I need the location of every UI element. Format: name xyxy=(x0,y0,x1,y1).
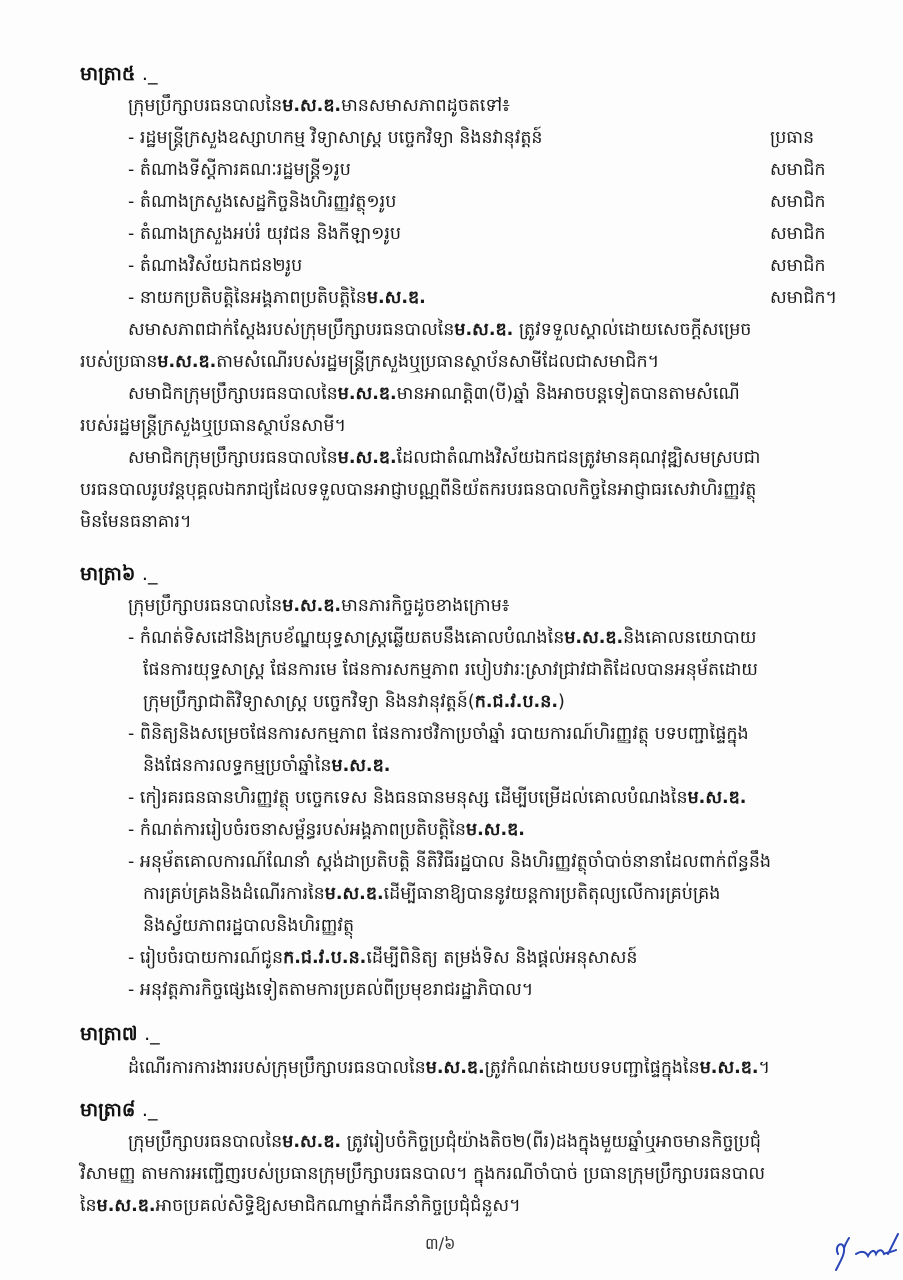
abbreviation: ក.ជ.វ.ប.ន. xyxy=(475,692,558,712)
member-row-name: - នាយកប្រតិបត្តិនៃអង្គភាពប្រតិបត្តិនៃម.ស… xyxy=(128,282,426,314)
abbreviation: ម.ស.ឌ. xyxy=(688,788,747,808)
abbreviation: ម.ស.ឌ. xyxy=(466,820,525,840)
abbreviation: ក.ជ.វ.ប.ន. xyxy=(283,948,366,968)
text: ការគ្រប់គ្រងនិងដំណើរការនៃ xyxy=(143,884,325,904)
member-row-name: - តំណាងទីស្ដីការគណៈរដ្ឋមន្ត្រី១រូប xyxy=(128,154,351,186)
text: នៃ xyxy=(80,1196,97,1216)
text: ក្រុមប្រឹក្សាបរធនបាលនៃ xyxy=(128,1132,282,1152)
paragraph-line: សមាជិកក្រុមប្រឹក្សាបរធនបាលនៃម.ស.ឌ.មានអាណ… xyxy=(128,378,740,410)
text: តាមសំណើរបស់រដ្ឋមន្ត្រីក្រសួងឬប្រធានស្ថាប… xyxy=(216,352,659,372)
paragraph-line: វិសាមញ្ញ តាមការអញ្ជើញរបស់ប្រធានក្រុមប្រឹ… xyxy=(80,1158,765,1190)
heading-suffix: ._ xyxy=(142,563,158,585)
text: ដើម្បីធានាឱ្យបាននូវយន្តការប្រតិតុល្យលើកា… xyxy=(384,884,721,904)
member-row-name: - តំណាងក្រសួងអប់រំ យុវជន និងកីឡា១រូប xyxy=(128,218,401,250)
paragraph-line: មិនមែនធនាគារ។ xyxy=(80,506,192,538)
text: ) xyxy=(558,692,565,712)
heading-text: មាត្រា៧ xyxy=(80,1023,137,1045)
text: - កៀរគរធនធានហិរញ្ញវត្ថុ បច្ចេកទេស និងធនធ… xyxy=(128,788,688,808)
member-row-name: - តំណាងវិស័យឯកជន២រូប xyxy=(128,250,302,282)
duty-item-continuation: ក្រុមប្រឹក្សាជាតិវិទ្យាសាស្ត្រ បច្ចេកវិទ… xyxy=(143,686,565,718)
abbreviation: ម.ស.ឌ. xyxy=(282,1132,341,1152)
member-row-role: សមាជិក។ xyxy=(770,282,837,314)
abbreviation: ម.ស.ឌ. xyxy=(338,448,397,468)
duty-item: - កំណត់ទិសដៅនិងក្របខ័ណ្ឌយុទ្ធសាស្ត្រឆ្លើ… xyxy=(128,622,756,654)
duty-item-continuation: និងផែនការលទ្ធកម្មប្រចាំឆ្នាំនៃម.ស.ឌ. xyxy=(143,750,390,782)
text: សមាជិកក្រុមប្រឹក្សាបរធនបាលនៃ xyxy=(128,448,338,468)
heading-suffix: ._ xyxy=(142,1099,158,1121)
duty-item: - កៀរគរធនធានហិរញ្ញវត្ថុ បច្ចេកទេស និងធនធ… xyxy=(128,782,746,814)
paragraph-line: នៃម.ស.ឌ.អាចប្រគល់សិទ្ធិឱ្យសមាជិកណាម្នាក់… xyxy=(80,1190,521,1222)
text: ក្រុមប្រឹក្សាជាតិវិទ្យាសាស្ត្រ បច្ចេកវិទ… xyxy=(143,692,475,712)
text: ដើម្បីពិនិត្យ តម្រង់ទិស និងផ្ដល់អនុសាសន៍ xyxy=(366,948,637,968)
text: មានភារកិច្ចដូចខាងក្រោម៖ xyxy=(341,596,509,616)
abbreviation: ម.ស.ឌ. xyxy=(282,596,341,616)
abbreviation: ម.ស.ឌ. xyxy=(157,352,216,372)
member-row-role: សមាជិក xyxy=(770,250,826,282)
article-6-heading: មាត្រា៦ ._ xyxy=(80,558,157,590)
text: និងគោលនយោបាយ xyxy=(623,628,756,648)
text: ត្រូវទទួលស្គាល់ដោយសេចក្ដីសម្រេច xyxy=(513,320,751,340)
paragraph-line: បរធនបាលរូបវន្តបុគ្គលឯករាជ្យដែលទទួលបានអាជ… xyxy=(80,474,756,506)
duty-item: - អនុម័តគោលការណ៍ណែនាំ ស្តង់ដាប្រតិបត្តិ … xyxy=(128,846,771,878)
text: ក្រុមប្រឹក្សាបរធនបាលនៃ xyxy=(128,596,282,616)
heading-suffix: ._ xyxy=(144,1023,160,1045)
member-row-role: សមាជិក xyxy=(770,186,826,218)
abbreviation: ម.ស.ឌ. xyxy=(564,628,623,648)
duty-item: - អនុវត្តភារកិច្ចផ្សេងទៀតតាមការប្រគល់ពីប… xyxy=(128,974,533,1006)
text: - នាយកប្រតិបត្តិនៃអង្គភាពប្រតិបត្តិនៃ xyxy=(128,288,367,308)
text: - កំណត់ទិសដៅនិងក្របខ័ណ្ឌយុទ្ធសាស្ត្រឆ្លើ… xyxy=(128,628,564,648)
page-number: ៣/៦ xyxy=(425,1232,455,1256)
text: ត្រូវរៀបចំកិច្ចប្រជុំយ៉ាងតិច២(ពីរ)ដងក្នុ… xyxy=(341,1132,761,1152)
signature-initials-icon xyxy=(832,1232,903,1272)
text: មានសមាសភាពដូចតទៅ៖ xyxy=(341,96,510,116)
abbreviation: ម.ស.ឌ. xyxy=(367,288,426,308)
abbreviation: ម.ស.ឌ. xyxy=(426,1058,485,1078)
paragraph-line: របស់រដ្ឋមន្ត្រីក្រសួងឬប្រធានស្ថាប័នសាមី។ xyxy=(80,410,346,442)
paragraph-line: ក្រុមប្រឹក្សាបរធនបាលនៃម.ស.ឌ. ត្រូវរៀបចំក… xyxy=(128,1126,761,1158)
heading-suffix: ._ xyxy=(142,63,158,85)
article-7-body: ដំណើរការការងាររបស់ក្រុមប្រឹក្សាបរធនបាលនៃ… xyxy=(128,1052,770,1084)
text: ត្រូវកំណត់ដោយបទបញ្ជាផ្ទៃក្នុងនៃ xyxy=(485,1058,700,1078)
heading-text: មាត្រា៨ xyxy=(80,1099,135,1121)
text: - កំណត់ការរៀបចំរចនាសម្ព័ន្ធរបស់អង្គភាពប្… xyxy=(128,820,466,840)
member-row-role: សមាជិក xyxy=(770,218,826,250)
text: របស់ប្រធាន xyxy=(80,352,157,372)
text: ក្រុមប្រឹក្សាបរធនបាលនៃ xyxy=(128,96,282,116)
duty-item: - ពិនិត្យនិងសម្រេចផែនការសកម្មភាព ផែនការថ… xyxy=(128,718,749,750)
paragraph-line: សមាសភាពជាក់ស្ដែងរបស់ក្រុមប្រឹក្សាបរធនបាល… xyxy=(128,314,751,346)
text: មានអាណត្តិ៣(បី)ឆ្នាំ និងអាចបន្តទៀតបានតាម… xyxy=(397,384,740,404)
duty-item: - រៀបចំរបាយការណ៍ជូនក.ជ.វ.ប.ន.ដើម្បីពិនិត… xyxy=(128,942,637,974)
article-8-heading: មាត្រា៨ ._ xyxy=(80,1094,157,1126)
article-6-intro: ក្រុមប្រឹក្សាបរធនបាលនៃម.ស.ឌ.មានភារកិច្ចដ… xyxy=(128,590,510,622)
text: សមាជិកក្រុមប្រឹក្សាបរធនបាលនៃ xyxy=(128,384,338,404)
heading-text: មាត្រា៥ xyxy=(80,63,135,85)
text: ។ xyxy=(759,1058,771,1078)
text: - រៀបចំរបាយការណ៍ជូន xyxy=(128,948,283,968)
paragraph-line: របស់ប្រធានម.ស.ឌ.តាមសំណើរបស់រដ្ឋមន្ត្រីក្… xyxy=(80,346,659,378)
text: ដំណើរការការងាររបស់ក្រុមប្រឹក្សាបរធនបាលនៃ xyxy=(128,1058,426,1078)
duty-item: - កំណត់ការរៀបចំរចនាសម្ព័ន្ធរបស់អង្គភាពប្… xyxy=(128,814,525,846)
abbreviation: ម.ស.ឌ. xyxy=(454,320,513,340)
heading-text: មាត្រា៦ xyxy=(80,563,135,585)
text: អាចប្រគល់សិទ្ធិឱ្យសមាជិកណាម្នាក់ដឹកនាំកិ… xyxy=(156,1196,521,1216)
abbreviation: ម.ស.ឌ. xyxy=(332,756,391,776)
member-row-role: សមាជិក xyxy=(770,154,826,186)
article-5-heading: មាត្រា៥ ._ xyxy=(80,58,157,90)
article-7-heading: មាត្រា៧ ._ xyxy=(80,1018,160,1050)
article-5-intro: ក្រុមប្រឹក្សាបរធនបាលនៃម.ស.ឌ.មានសមាសភាពដូ… xyxy=(128,90,510,122)
duty-item-continuation: ផែនការយុទ្ធសាស្ត្រ ផែនការមេ ផែនការសកម្មភ… xyxy=(143,654,758,686)
member-row-name: - តំណាងក្រសួងសេដ្ឋកិច្ចនិងហិរញ្ញវត្ថុ១រូ… xyxy=(128,186,396,218)
abbreviation: ម.ស.ឌ. xyxy=(338,384,397,404)
duty-item-continuation: និងស្វ័យភាពរដ្ឋបាលនិងហិរញ្ញវត្ថុ xyxy=(143,910,354,942)
abbreviation: ម.ស.ឌ. xyxy=(97,1196,156,1216)
abbreviation: ម.ស.ឌ. xyxy=(700,1058,759,1078)
member-row-name: - រដ្ឋមន្ត្រីក្រសួងឧស្សាហកម្ម វិទ្យាសាស្… xyxy=(128,122,543,154)
member-row-role: ប្រធាន xyxy=(770,122,814,154)
document-page: មាត្រា៥ ._ ក្រុមប្រឹក្សាបរធនបាលនៃម.ស.ឌ.ម… xyxy=(0,0,903,1280)
text: និងផែនការលទ្ធកម្មប្រចាំឆ្នាំនៃ xyxy=(143,756,332,776)
text: ដែលជាតំណាងវិស័យឯកជនត្រូវមានគុណវុឌ្ឍិសមស្… xyxy=(397,448,761,468)
abbreviation: ម.ស.ឌ. xyxy=(325,884,384,904)
paragraph-line: សមាជិកក្រុមប្រឹក្សាបរធនបាលនៃម.ស.ឌ.ដែលជាត… xyxy=(128,442,760,474)
text: សមាសភាពជាក់ស្ដែងរបស់ក្រុមប្រឹក្សាបរធនបាល… xyxy=(128,320,454,340)
duty-item-continuation: ការគ្រប់គ្រងនិងដំណើរការនៃម.ស.ឌ.ដើម្បីធាន… xyxy=(143,878,720,910)
abbreviation: ម.ស.ឌ. xyxy=(282,96,341,116)
